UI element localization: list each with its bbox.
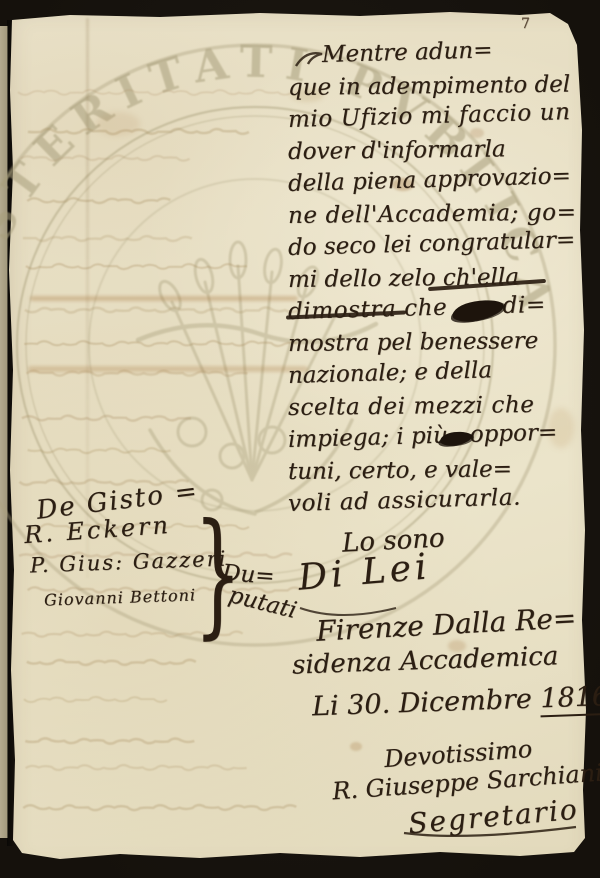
dateline-year: 1816. xyxy=(540,681,600,718)
manuscript-scan: POSTERITATI PVBLICAE 7 Mentre adun= que … xyxy=(0,0,600,878)
